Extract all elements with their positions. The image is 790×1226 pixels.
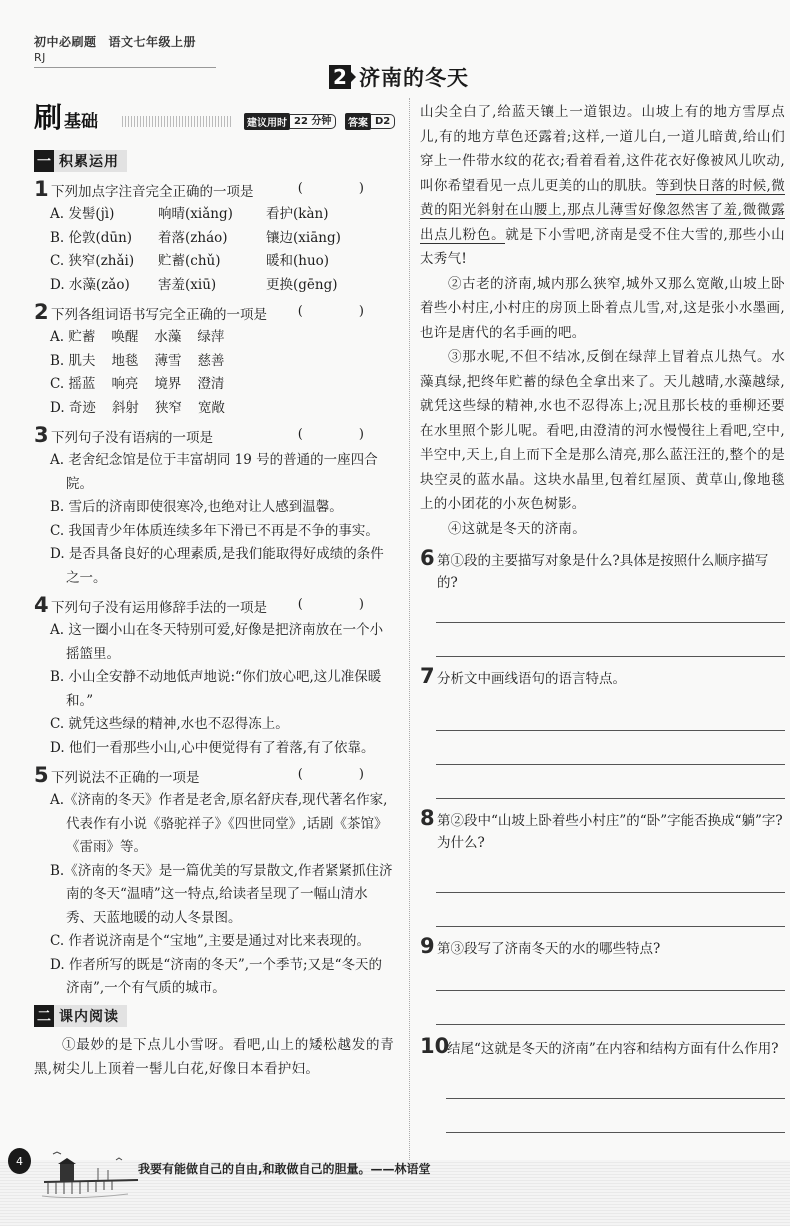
option-d[interactable]: D. 作者所写的既是“济南的冬天”,一个季节;又是“冬天的济南”,一个有气质的城…: [34, 954, 394, 1001]
reading-paragraph-1-start: ①最妙的是下点儿小雪呀。看吧,山上的矮松越发的青黑,树尖儿上顶着一髻儿白花,好像…: [34, 1033, 394, 1082]
question-8: 8 第②段中“山坡上卧着些小村庄”的“卧”字能否换成“躺”字?为什么?: [420, 807, 785, 927]
question-number: 8: [420, 807, 436, 829]
section-number: 二: [34, 1005, 54, 1027]
question-number: 7: [420, 665, 436, 687]
suggested-time-label: 建议用时: [244, 113, 290, 130]
option-d[interactable]: D. 他们一看那些小山,心中便觉得有了着落,有了依靠。: [34, 737, 394, 761]
question-stem: 第①段的主要描写对象是什么?具体是按照什么顺序描写的?: [437, 550, 785, 594]
option-row-c[interactable]: C. 狭窄(zhǎi) 贮蓄(chǔ) 暖和(huo): [34, 250, 394, 274]
option-b[interactable]: B. 肌夫地毯薄雪慈善: [34, 350, 394, 374]
reading-paragraph-2: ②古老的济南,城内那么狭窄,城外又那么宽敞,山坡上卧着些小村庄,小村庄的房顶上卧…: [420, 272, 785, 346]
section-label: 课内阅读: [59, 1006, 119, 1026]
suggested-time-badge: 建议用时 22 分钟: [244, 113, 336, 130]
question-number: 9: [420, 935, 436, 957]
question-9: 9 第③段写了济南冬天的水的哪些特点?: [420, 935, 785, 1025]
question-6: 6 第①段的主要描写对象是什么?具体是按照什么顺序描写的?: [420, 547, 785, 657]
option-c[interactable]: C. 作者说济南是个“宝地”,主要是通过对比来表现的。: [34, 930, 394, 954]
question-3: 3 下列句子没有语病的一项是 ( ) A. 老舍纪念馆是位于丰富胡同 19 号的…: [34, 424, 394, 590]
question-stem: 第②段中“山坡上卧着些小村庄”的“卧”字能否换成“躺”字?为什么?: [437, 810, 785, 854]
option-a[interactable]: A. 这一圈小山在冬天特别可爱,好像是把济南放在一个小摇篮里。: [34, 619, 394, 666]
option-d[interactable]: D. 是否具备良好的心理素质,是我们能取得好成绩的条件之一。: [34, 543, 394, 590]
answer-line[interactable]: [436, 798, 785, 799]
answer-line[interactable]: [436, 926, 785, 927]
running-header: 初中必刷题语文七年级上册RJ: [34, 33, 216, 68]
answer-line[interactable]: [436, 656, 785, 657]
reading-paragraph-3: ③那水呢,不但不结冰,反倒在绿萍上冒着点儿热气。水藻真绿,把终年贮蓄的绿色全拿出…: [420, 345, 785, 517]
option-c[interactable]: C. 就凭这些绿的精神,水也不忍得冻上。: [34, 713, 394, 737]
answer-blank[interactable]: ( ): [298, 301, 390, 323]
question-number: 5: [34, 764, 50, 786]
answer-blank[interactable]: ( ): [298, 764, 390, 786]
option-a[interactable]: A. 老舍纪念馆是位于丰富胡同 19 号的普通的一座四合院。: [34, 449, 394, 496]
footer-quote: 我要有能做自己的自由,和敢做自己的胆量。——林语堂: [138, 1160, 431, 1177]
section-label: 积累运用: [59, 151, 119, 171]
question-7: 7 分析文中画线语句的语言特点。: [420, 665, 785, 799]
option-row-d[interactable]: D. 水藻(zǎo) 害羞(xiū) 更换(gēng): [34, 274, 394, 298]
brush-basics-header: 刷 基础: [34, 104, 98, 132]
question-stem: 分析文中画线语句的语言特点。: [437, 668, 785, 690]
lesson-title: 2 济南的冬天: [329, 62, 469, 92]
right-column: 山尖全白了,给蓝天镶上一道银边。山坡上有的地方雪厚点儿,有的地方草色还露着;这样…: [420, 100, 785, 1171]
option-b[interactable]: B. 雪后的济南即使很寒冷,也绝对让人感到温馨。: [34, 496, 394, 520]
option-c[interactable]: C. 摇蓝响亮境界澄清: [34, 373, 394, 397]
reading-paragraph-4: ④这就是冬天的济南。: [420, 517, 785, 542]
answer-line[interactable]: [446, 1132, 785, 1133]
column-divider: [409, 98, 410, 1190]
answer-badge: 答案 D2: [345, 113, 395, 130]
answer-line[interactable]: [436, 730, 785, 731]
series-name: 初中必刷题: [34, 35, 97, 49]
brush-small-label: 基础: [64, 112, 98, 132]
option-a[interactable]: A.《济南的冬天》作者是老舍,原名舒庆春,现代著名作家,代表作有小说《骆驼祥子》…: [34, 789, 394, 860]
option-c[interactable]: C. 我国青少年体质连续多年下滑已不再是不争的事实。: [34, 520, 394, 544]
option-b[interactable]: B. 小山全安静不动地低声地说:“你们放心吧,这儿准保暖和。”: [34, 666, 394, 713]
hatch-decoration: [122, 116, 232, 127]
answer-blank[interactable]: ( ): [298, 424, 390, 446]
left-column: 一 积累运用 1 下列加点字注音完全正确的一项是 ( ) A. 发髻(jì) 响…: [34, 150, 394, 1082]
answer-blank[interactable]: ( ): [298, 178, 390, 200]
answer-value: D2: [371, 114, 395, 129]
reading-paragraph-1-cont: 山尖全白了,给蓝天镶上一道银边。山坡上有的地方雪厚点儿,有的地方草色还露着;这样…: [420, 100, 785, 272]
question-number: 4: [34, 594, 50, 616]
subject-name: 语文七年级上册: [109, 35, 197, 49]
answer-line[interactable]: [436, 764, 785, 765]
question-stem: 结尾“这就是冬天的济南”在内容和结构方面有什么作用?: [447, 1038, 785, 1060]
question-1: 1 下列加点字注音完全正确的一项是 ( ) A. 发髻(jì) 响晴(xiǎng…: [34, 178, 394, 297]
pier-illustration-icon: [38, 1150, 148, 1200]
question-number: 6: [420, 547, 436, 569]
section-header-reading: 二 课内阅读: [34, 1005, 127, 1027]
option-row-b[interactable]: B. 伦敦(dūn) 着落(zháo) 镶边(xiāng): [34, 227, 394, 251]
question-10: 10 结尾“这就是冬天的济南”在内容和结构方面有什么作用?: [420, 1035, 785, 1167]
suggested-time-value: 22 分钟: [290, 114, 336, 129]
answer-line[interactable]: [446, 1098, 785, 1099]
lesson-number: 2: [329, 65, 351, 89]
section-header-accumulation: 一 积累运用: [34, 150, 127, 172]
workbook-page: 初中必刷题语文七年级上册RJ 2 济南的冬天 刷 基础 建议用时 22 分钟 答…: [0, 0, 790, 1226]
answer-line[interactable]: [436, 1024, 785, 1025]
option-row-a[interactable]: A. 发髻(jì) 响晴(xiǎng) 看护(kàn): [34, 203, 394, 227]
question-number: 2: [34, 301, 50, 323]
question-number: 3: [34, 424, 50, 446]
brush-big-char: 刷: [34, 104, 62, 132]
option-b[interactable]: B.《济南的冬天》是一篇优美的写景散文,作者紧紧抓住济南的冬天“温晴”这一特点,…: [34, 860, 394, 931]
question-4: 4 下列句子没有运用修辞手法的一项是 ( ) A. 这一圈小山在冬天特别可爱,好…: [34, 594, 394, 760]
option-d[interactable]: D. 奇迹斜射狭窄宽敞: [34, 397, 394, 421]
arrow-icon: [351, 72, 356, 82]
question-number: 10: [420, 1035, 446, 1057]
question-stem: 第③段写了济南冬天的水的哪些特点?: [437, 938, 785, 960]
question-5: 5 下列说法不正确的一项是 ( ) A.《济南的冬天》作者是老舍,原名舒庆春,现…: [34, 764, 394, 1001]
answer-blank[interactable]: ( ): [298, 594, 390, 616]
edition-label: RJ: [34, 51, 46, 64]
lesson-name: 济南的冬天: [359, 62, 469, 92]
section-number: 一: [34, 150, 54, 172]
answer-line[interactable]: [436, 622, 785, 623]
answer-line[interactable]: [436, 892, 785, 893]
answer-line[interactable]: [436, 990, 785, 991]
page-number: 4: [8, 1148, 31, 1174]
question-number: 1: [34, 178, 50, 200]
option-a[interactable]: A. 贮蓄唤醒水藻绿萍: [34, 326, 394, 350]
question-2: 2 下列各组词语书写完全正确的一项是 ( ) A. 贮蓄唤醒水藻绿萍 B. 肌夫…: [34, 301, 394, 420]
answer-label: 答案: [345, 113, 371, 130]
